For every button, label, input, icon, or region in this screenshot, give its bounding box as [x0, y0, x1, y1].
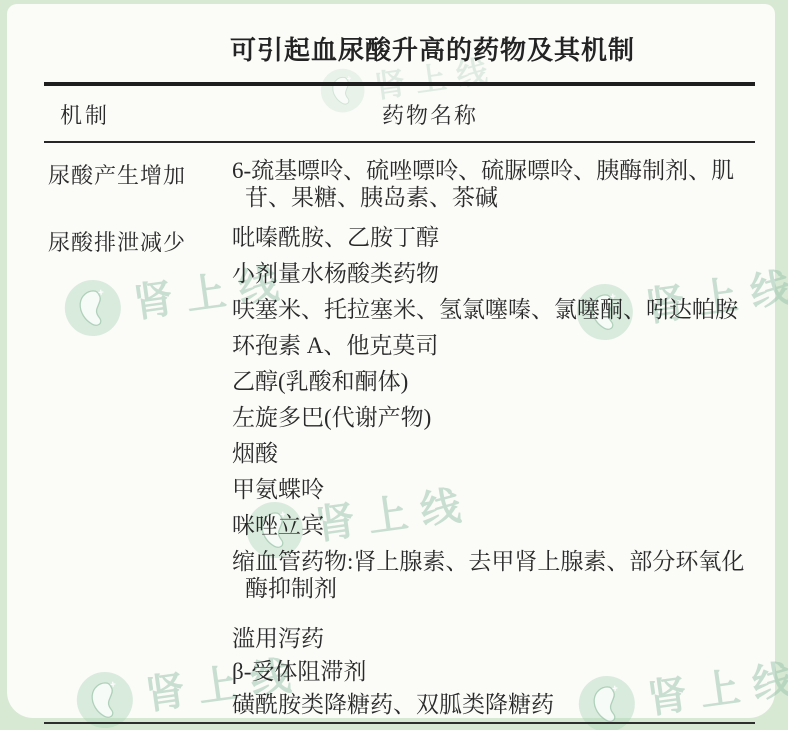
mechanism-cell: 尿酸产生增加 [44, 157, 232, 190]
drug-item: 滥用泻药 [232, 625, 755, 652]
drug-item: 烟酸 [232, 440, 755, 467]
drug-item: 磺酰胺类降糖药、双胍类降糖药 [232, 691, 755, 718]
drug-mechanism-table: 机制 药物名称 尿酸产生增加 6-巯基嘌呤、硫唑嘌呤、硫脲嘌呤、胰酶制剂、肌苷、… [44, 82, 755, 724]
mechanism-cell: 尿酸排泄减少 [44, 224, 232, 257]
table-row: 尿酸产生增加 6-巯基嘌呤、硫唑嘌呤、硫脲嘌呤、胰酶制剂、肌苷、果糖、胰岛素、茶… [44, 157, 755, 220]
table-header-row: 机制 药物名称 [44, 86, 755, 143]
drugs-cell: 6-巯基嘌呤、硫唑嘌呤、硫脲嘌呤、胰酶制剂、肌苷、果糖、胰岛素、茶碱 [232, 157, 755, 220]
drugs-cell: 吡嗪酰胺、乙胺丁醇 小剂量水杨酸类药物 呋塞米、托拉塞米、氢氯噻嗪、氯噻酮、吲达… [232, 224, 755, 720]
drug-item: 6-巯基嘌呤、硫唑嘌呤、硫脲嘌呤、胰酶制剂、肌苷、果糖、胰岛素、茶碱 [232, 157, 755, 211]
drug-item: 缩血管药物:肾上腺素、去甲肾上腺素、部分环氧化酶抑制剂 [232, 548, 755, 602]
drug-item: 乙醇(乳酸和酮体) [232, 368, 755, 395]
column-header-mechanism: 机制 [44, 99, 232, 130]
drug-item: 小剂量水杨酸类药物 [232, 260, 755, 287]
drug-item: 左旋多巴(代谢产物) [232, 404, 755, 431]
table-body: 尿酸产生增加 6-巯基嘌呤、硫唑嘌呤、硫脲嘌呤、胰酶制剂、肌苷、果糖、胰岛素、茶… [44, 143, 755, 724]
drug-item: 呋塞米、托拉塞米、氢氯噻嗪、氯噻酮、吲达帕胺 [232, 296, 755, 323]
drug-item: 吡嗪酰胺、乙胺丁醇 [232, 224, 755, 251]
drug-item: 咪唑立宾 [232, 512, 755, 539]
column-header-drug-name: 药物名称 [232, 99, 478, 130]
document-content: 可引起血尿酸升高的药物及其机制 机制 药物名称 尿酸产生增加 6-巯基嘌呤、硫唑… [7, 4, 775, 724]
table-row: 尿酸排泄减少 吡嗪酰胺、乙胺丁醇 小剂量水杨酸类药物 呋塞米、托拉塞米、氢氯噻嗪… [44, 224, 755, 720]
page-title: 可引起血尿酸升高的药物及其机制 [230, 30, 755, 67]
drug-item: 甲氨蝶呤 [232, 476, 755, 503]
drug-item: 环孢素 A、他克莫司 [232, 332, 755, 359]
drug-item: β-受体阻滞剂 [232, 658, 755, 685]
